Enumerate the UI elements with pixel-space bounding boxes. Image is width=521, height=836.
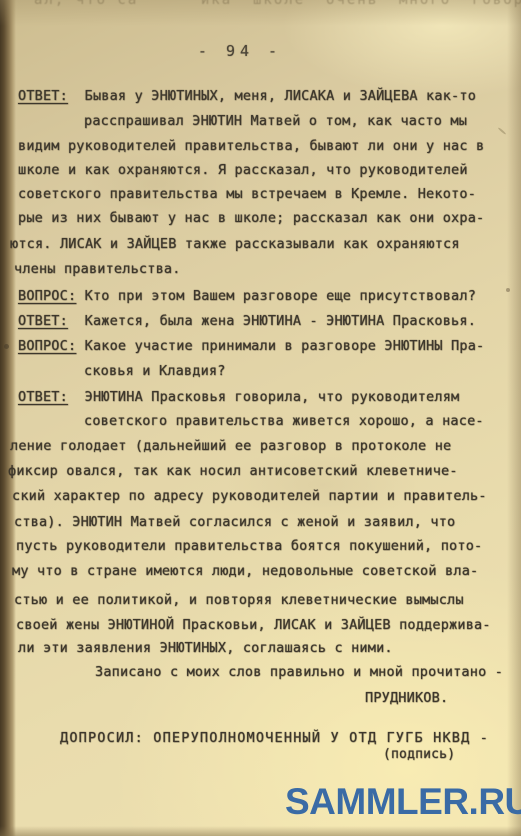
line: члены правительства. [14, 261, 510, 278]
line: му что в стране имеются люди, недовольны… [12, 563, 508, 580]
line: ление голодает (дальнейший ее разговор в… [10, 438, 506, 455]
question-line: ВОПРОС: Кто при этом Вашем разговоре еще… [18, 288, 514, 305]
line-text: пусть руководители правительства боятся … [16, 538, 482, 554]
line-text: му что в стране имеются люди, недовольны… [12, 563, 478, 579]
line-text: Кажется, была жена ЭНЮТИНА - ЭНЮТИНА Пра… [68, 313, 476, 329]
line-text: ПРУДНИКОВ. [365, 690, 448, 706]
book-binding-edge [0, 0, 16, 836]
answer-label: ОТВЕТ: [18, 389, 68, 405]
line-text: расспрашивал ЭНЮТИН Матвей о том, как ча… [84, 113, 467, 129]
question-line: ВОПРОС: Какое участие принимали в разгов… [18, 338, 514, 355]
line-text: стью и ее политикой, и повторяя клеветни… [14, 592, 464, 608]
line: пусть руководители правительства боятся … [16, 538, 512, 555]
page-number: - 94 - [0, 42, 480, 60]
question-label: ВОПРОС: [18, 338, 76, 354]
answer-label: ОТВЕТ: [18, 88, 68, 104]
line: своей жены ЭНЮТИНОЙ Прасковьи, ЛИСАК и З… [16, 617, 512, 634]
line-text: члены правительства. [14, 261, 181, 277]
line: стью и ее политикой, и повторяя клеветни… [14, 592, 510, 609]
line-text: школе и как охраняются. Я рассказал, что… [18, 162, 468, 178]
line-text: своей жены ЭНЮТИНОЙ Прасковьи, ЛИСАК и З… [16, 617, 491, 633]
page-bottom-shadow [0, 826, 521, 836]
line-text: (подпись) [383, 747, 455, 762]
line-text: Бывая у ЭНЮТИНЫХ, меня, ЛИСАКА и ЗАЙЦЕВА… [68, 88, 476, 104]
line: ский характер по адресу руководителей па… [12, 488, 508, 505]
line-text: Кто при этом Вашем разговоре еще присутс… [76, 288, 476, 304]
line-text: ский характер по адресу руководителей па… [12, 488, 487, 504]
line: сковья и Клавдия? [18, 363, 521, 380]
line-text: ли эти заявления ЭНЮТИНЫХ, соглашаясь с … [18, 640, 393, 656]
line: расспрашивал ЭНЮТИН Матвей о том, как ча… [18, 113, 521, 130]
line-text: рые из них бывают у нас в школе; рассказ… [18, 210, 484, 226]
line: рые из них бывают у нас в школе; рассказ… [18, 210, 514, 227]
signature-name: ПРУДНИКОВ. [18, 690, 521, 707]
attestation-line: Записано с моих слов правильно и мной пр… [18, 664, 521, 681]
line-text: ление голодает (дальнейший ее разговор в… [10, 438, 451, 454]
line-text: ства). ЭНЮТИН Матвей согласился с женой … [14, 514, 455, 530]
interrogator-line: ДОПРОСИЛ: ОПЕРУПОЛНОМОЧЕННЫЙ У ОТД ГУГБ … [60, 730, 521, 747]
scanned-document-page: ал, что са ика школе очень много говорит… [0, 0, 521, 836]
line: ются. ЛИСАК и ЗАЙЦЕВ также рассказывали … [10, 236, 506, 253]
line-text: ются. ЛИСАК и ЗАЙЦЕВ также рассказывали … [10, 236, 460, 252]
line-text: советского правительства живется хорошо,… [84, 413, 484, 429]
line-text: сковья и Клавдия? [84, 363, 226, 379]
line-text: фиксир овался, так как носил антисоветск… [8, 463, 458, 479]
line-text: советского правительства мы встречаем в … [18, 186, 476, 202]
interrogator-label: ДОПРОСИЛ: [60, 730, 144, 746]
previous-page-text-fragment: ал, что са ика школе очень много говорит… [34, 0, 514, 8]
line: школе и как охраняются. Я рассказал, что… [18, 162, 514, 179]
line: советского правительства мы встречаем в … [18, 186, 514, 203]
line-text: ЭНЮТИНА Прасковья говорила, что руководи… [68, 389, 459, 405]
line: ства). ЭНЮТИН Матвей согласился с женой … [14, 514, 510, 531]
line: советского правительства живется хорошо,… [18, 413, 521, 430]
line-text: видим руководителей правительства, бываю… [18, 138, 484, 154]
answer-label: ОТВЕТ: [18, 313, 68, 329]
line: ли эти заявления ЭНЮТИНЫХ, соглашаясь с … [18, 640, 514, 657]
signature-note: (подпись) [383, 746, 521, 763]
answer-line: ОТВЕТ: Бывая у ЭНЮТИНЫХ, меня, ЛИСАКА и … [18, 88, 514, 105]
line-text: ОПЕРУПОЛНОМОЧЕННЫЙ У ОТД ГУГБ НКВД - [144, 730, 489, 746]
line: фиксир овался, так как носил антисоветск… [8, 463, 504, 480]
question-label: ВОПРОС: [18, 288, 76, 304]
answer-line: ОТВЕТ: Кажется, была жена ЭНЮТИНА - ЭНЮТ… [18, 313, 514, 330]
line-text: Какое участие принимали в разговоре ЭНЮТ… [76, 338, 484, 354]
line-text: Записано с моих слов правильно и мной пр… [95, 664, 503, 680]
answer-line: ОТВЕТ: ЭНЮТИНА Прасковья говорила, что р… [18, 389, 514, 406]
sammler-ru-watermark: SAMMLER.RU [285, 781, 521, 823]
line: видим руководителей правительства, бываю… [18, 138, 514, 155]
paper-speck [4, 344, 9, 349]
